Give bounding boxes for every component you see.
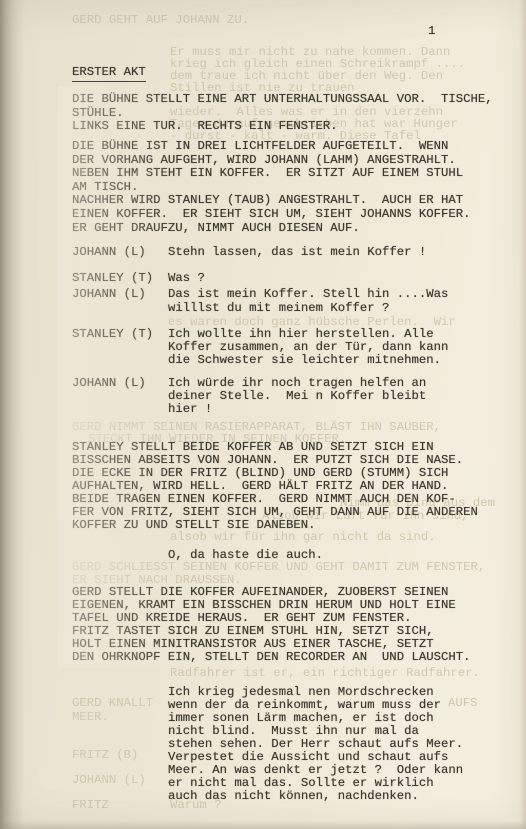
bleedthrough-text: GERD KNALLT	[72, 697, 153, 709]
dialogue-line: hier !	[168, 403, 212, 417]
scan-left-edge	[0, 0, 24, 829]
speaker-name: STANLEY (T)	[72, 328, 153, 342]
stage-direction-line: EINEN KOFFER. ER SIEHT SICH UM, SIEHT JO…	[72, 208, 470, 222]
bleedthrough-text: AUFS	[448, 697, 478, 709]
bleedthrough-text: JOHANN (L)	[72, 774, 146, 786]
bleedthrough-text: GERD SCHLIESST SEINEN KOFFER UND GEHT DA…	[72, 561, 485, 573]
bleedthrough-text: GERD GEHT AUF JOHANN ZU.	[72, 14, 249, 26]
scan-right-edge	[519, 0, 526, 829]
speaker-name: JOHANN (L)	[72, 288, 146, 302]
stage-direction-line: DIE BÜHNE STELLT EINE ART UNTERHALTUNGSS…	[72, 93, 493, 107]
page-number: 1	[428, 25, 435, 39]
stage-direction-line: LINKS EINE TUR. RECHTS EIN FENSTER.	[72, 120, 338, 134]
speaker-name: STANLEY (T)	[72, 272, 153, 286]
scan-bottom-edge	[0, 821, 526, 829]
speaker-name: JOHANN (L)	[72, 246, 146, 260]
stage-direction-line: DEN OHRKNOPF EIN, STELLT DEN RECORDER AN…	[72, 651, 470, 665]
dialogue-line: willlst du mit meinem Koffer ?	[168, 302, 389, 316]
stage-direction-line: NEBEN IHM STEHT EIN KOFFER. ER SITZT AUF…	[72, 167, 463, 181]
dialogue-line: Das ist mein Koffer. Stell hin ....Was	[168, 288, 448, 302]
speaker-name: JOHANN (L)	[72, 377, 146, 391]
bleedthrough-text: FRITZ	[72, 799, 109, 811]
dialogue-line: Was ?	[168, 272, 205, 286]
bleedthrough-text: alsob wir für ihn gar nicht da sind.	[170, 531, 436, 543]
bleedthrough-text: Radfahrer ist er, ein richtiger Radfahre…	[170, 667, 480, 679]
stage-direction-line: DIE BÜHNE IST IN DREI LICHTFELDER AUFGET…	[72, 140, 448, 154]
stage-direction-line: ER GEHT DRAUFZU, NIMMT AUCH DIESEN AUF.	[72, 222, 360, 236]
stage-direction-line: NACHHER WIRD STANLEY (TAUB) ANGESTRAHLT.…	[72, 194, 463, 208]
dialogue-line: die Schwester sie leichter mitnehmen.	[168, 354, 441, 368]
speech-line: auch das nicht können, nachdenken.	[168, 790, 419, 804]
bleedthrough-text: FRITZ (B)	[72, 749, 138, 761]
act-heading: ERSTER AKT	[72, 66, 146, 82]
stage-direction-line: KOFFER ZU UND STELLT SIE DANEBEN.	[72, 519, 316, 533]
speech-line: O, da haste die auch.	[168, 549, 323, 563]
dialogue-line: Stehn lassen, das ist mein Koffer !	[168, 246, 426, 260]
bleedthrough-text: MEER.	[72, 711, 109, 723]
